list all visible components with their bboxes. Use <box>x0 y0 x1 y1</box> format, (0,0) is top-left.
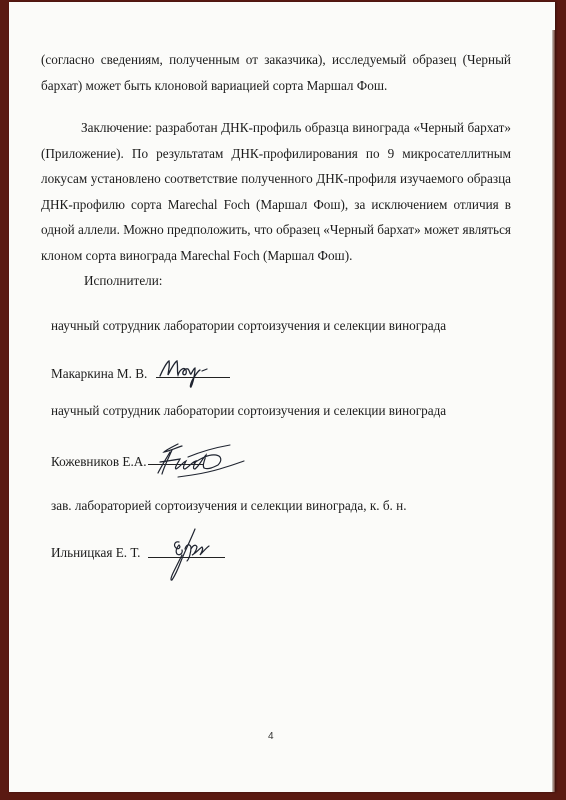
text-line: одной аллели. Можно предположить, что об… <box>41 217 511 243</box>
signatory-name: Ильницкая Е. Т. <box>51 540 140 565</box>
text-line: (Приложение). По результатам ДНК-профили… <box>41 141 511 167</box>
signatory-position: зав. лабораторией сортоизучения и селекц… <box>51 493 407 518</box>
signatory-name: Макаркина М. В. <box>51 361 147 386</box>
text-line: бархат) может быть клоновой вариацией со… <box>41 73 511 99</box>
text-line: локусам установлено соответствие получен… <box>41 166 511 192</box>
text-line: клоном сорта винограда Marechal Foch (Ма… <box>41 243 511 269</box>
signature-kozhevnikov <box>148 437 248 487</box>
signatory-name: Кожевников Е.А. <box>51 449 147 474</box>
signatory-position: научный сотрудник лаборатории сортоизуче… <box>51 313 446 338</box>
paragraph-intro: (согласно сведениям, полученным от заказ… <box>41 47 511 98</box>
executors-heading: Исполнители: <box>84 268 162 293</box>
signature-ilnitskaya <box>165 525 215 583</box>
text-line: Заключение: разработан ДНК-профиль образ… <box>41 115 511 141</box>
text-line: ДНК-профилю сорта Marechal Foch (Маршал … <box>41 192 511 218</box>
page-edge-shadow <box>552 30 555 792</box>
paragraph-conclusion: Заключение: разработан ДНК-профиль образ… <box>41 115 511 268</box>
text-line: (согласно сведениям, полученным от заказ… <box>41 47 511 73</box>
page-number: 4 <box>268 731 274 742</box>
signature-makarkina <box>157 357 227 389</box>
signatory-position: научный сотрудник лаборатории сортоизуче… <box>51 398 446 423</box>
